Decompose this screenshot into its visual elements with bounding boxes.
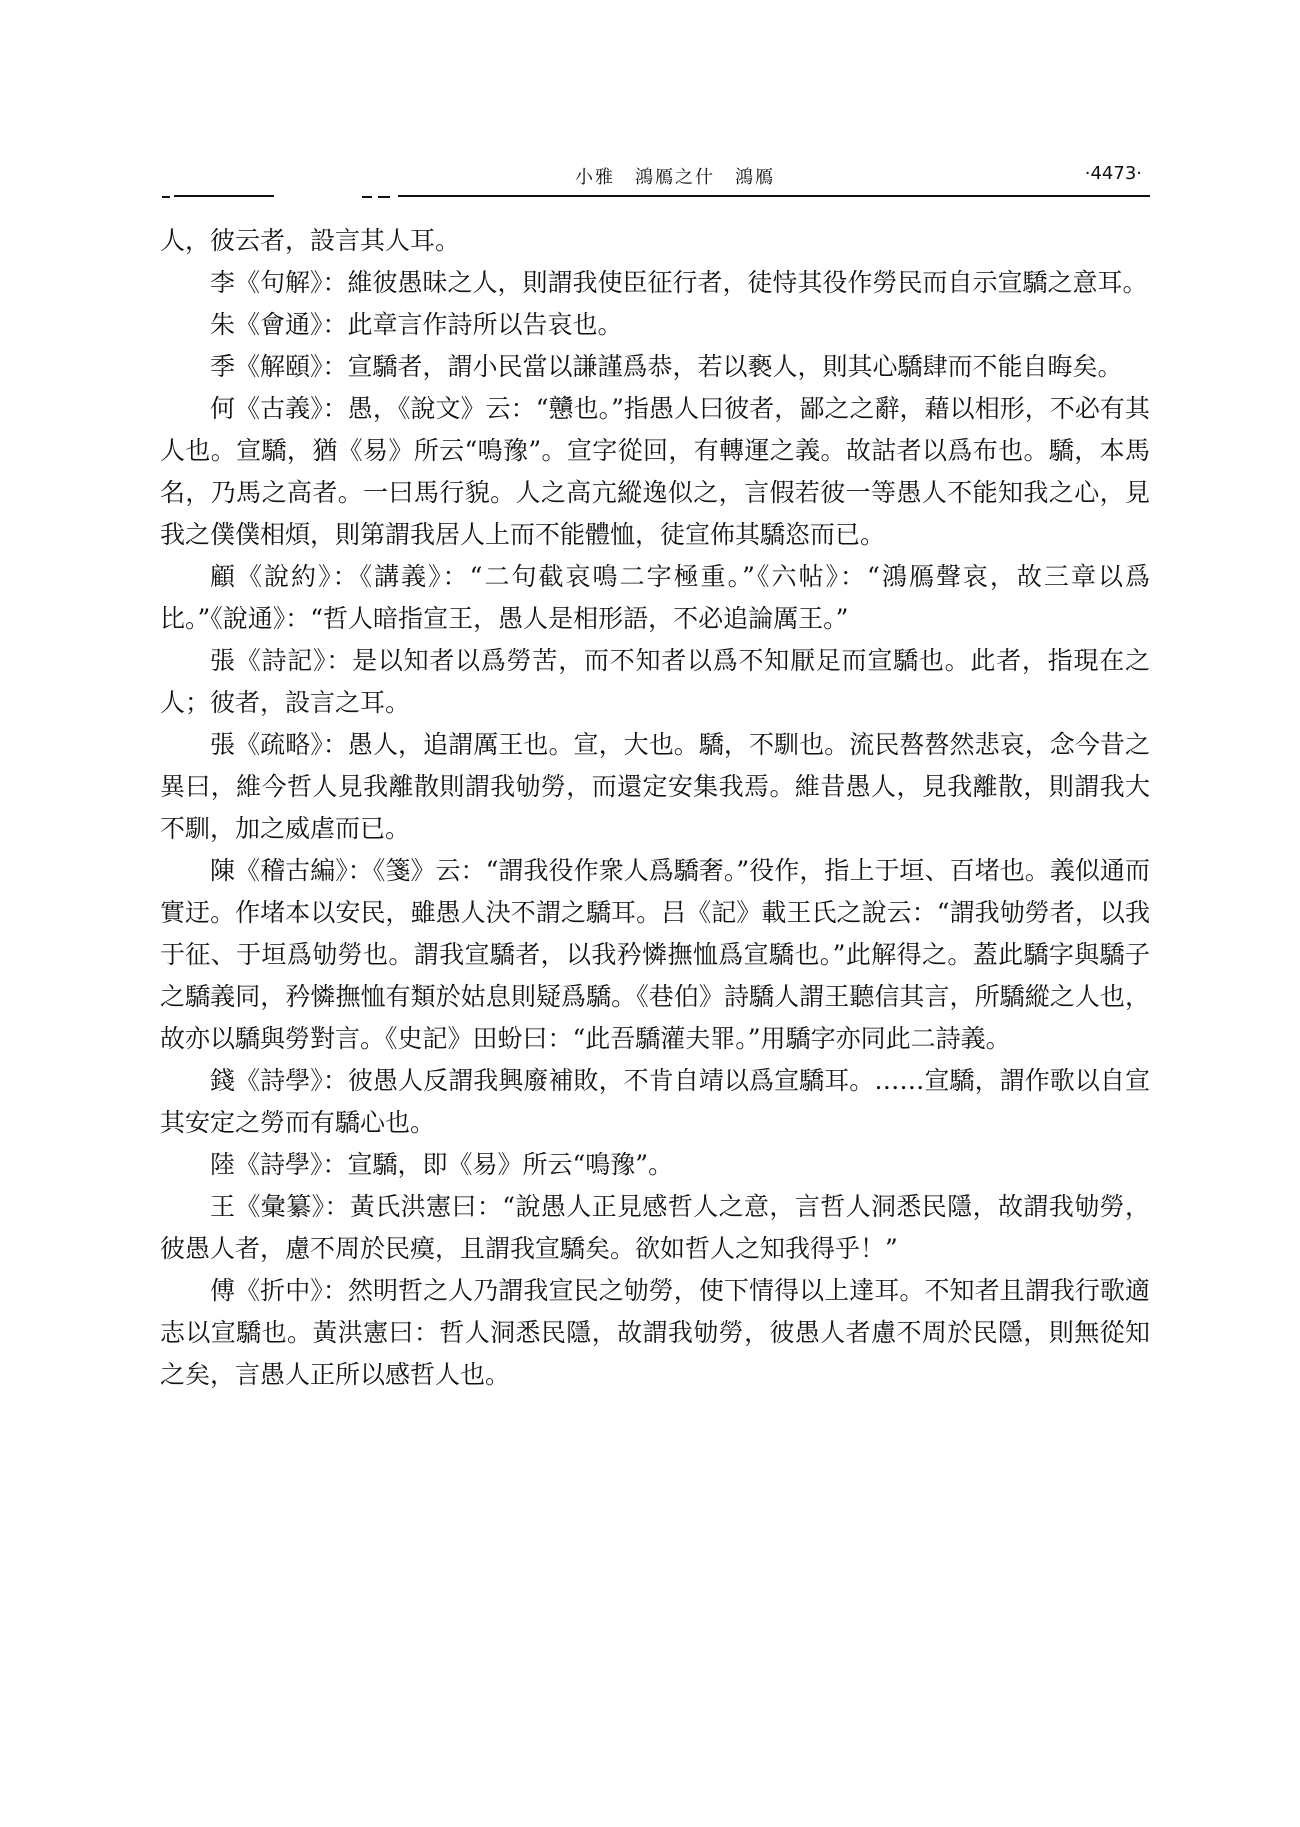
paragraph: 傅《折中》：然明哲之人乃謂我宣民之劬勞，使下情得以上達耳。不知者且謂我行歌適志以… <box>160 1270 1150 1396</box>
paragraph: 王《彙纂》：黃氏洪憲曰：“說愚人正見感哲人之意，言哲人洞悉民隱，故謂我劬勞，彼愚… <box>160 1186 1150 1270</box>
paragraph: 陸《詩學》：宣驕，即《易》所云“鳴豫”。 <box>160 1144 1150 1186</box>
paragraph: 人，彼云者，設言其人耳。 <box>160 220 1150 262</box>
paragraph: 李《句解》：維彼愚昧之人，則謂我使臣征行者，徒恃其役作勞民而自示宣驕之意耳。 <box>160 262 1150 304</box>
rule-main <box>398 195 1150 197</box>
paragraph: 何《古義》：愚，《說文》云：“戇也。”指愚人曰彼者，鄙之之辭，藉以相形，不必有其… <box>160 388 1150 556</box>
header-rule <box>160 195 1150 199</box>
body-text: 人，彼云者，設言其人耳。 李《句解》：維彼愚昧之人，則謂我使臣征行者，徒恃其役作… <box>160 220 1150 1396</box>
rule-fragment <box>378 196 390 198</box>
rule-fragment <box>362 196 372 198</box>
paragraph: 陳《稽古編》：《箋》云：“謂我役作衆人爲驕奢。”役作，指上于垣、百堵也。義似通而… <box>160 850 1150 1060</box>
rule-fragment <box>174 195 274 197</box>
paragraph: 張《疏略》：愚人，追謂厲王也。宣，大也。驕，不馴也。流民嗸嗸然悲哀，念今昔之異曰… <box>160 724 1150 850</box>
paragraph: 季《解頤》：宣驕者，謂小民當以謙謹爲恭，若以褻人，則其心驕肆而不能自晦矣。 <box>160 346 1150 388</box>
running-head: 小雅 鴻鴈之什 鴻鴈 ·4473· <box>160 163 1150 193</box>
document-page: 小雅 鴻鴈之什 鴻鴈 ·4473· 人，彼云者，設言其人耳。 李《句解》：維彼愚… <box>160 0 1150 1827</box>
rule-fragment <box>162 196 170 198</box>
paragraph: 張《詩記》：是以知者以爲勞苦，而不知者以爲不知厭足而宣驕也。此者，指現在之人；彼… <box>160 640 1150 724</box>
paragraph: 顧《說約》：《講義》：“二句截哀鳴二字極重。”《六帖》：“鴻鴈聲哀，故三章以爲比… <box>160 556 1150 640</box>
page-number: ·4473· <box>1085 163 1142 184</box>
paragraph: 錢《詩學》：彼愚人反謂我興廢補敗，不肯自靖以爲宣驕耳。……宣驕，謂作歌以自宣其安… <box>160 1060 1150 1144</box>
running-title: 小雅 鴻鴈之什 鴻鴈 <box>160 163 1150 189</box>
paragraph: 朱《會通》：此章言作詩所以告哀也。 <box>160 304 1150 346</box>
